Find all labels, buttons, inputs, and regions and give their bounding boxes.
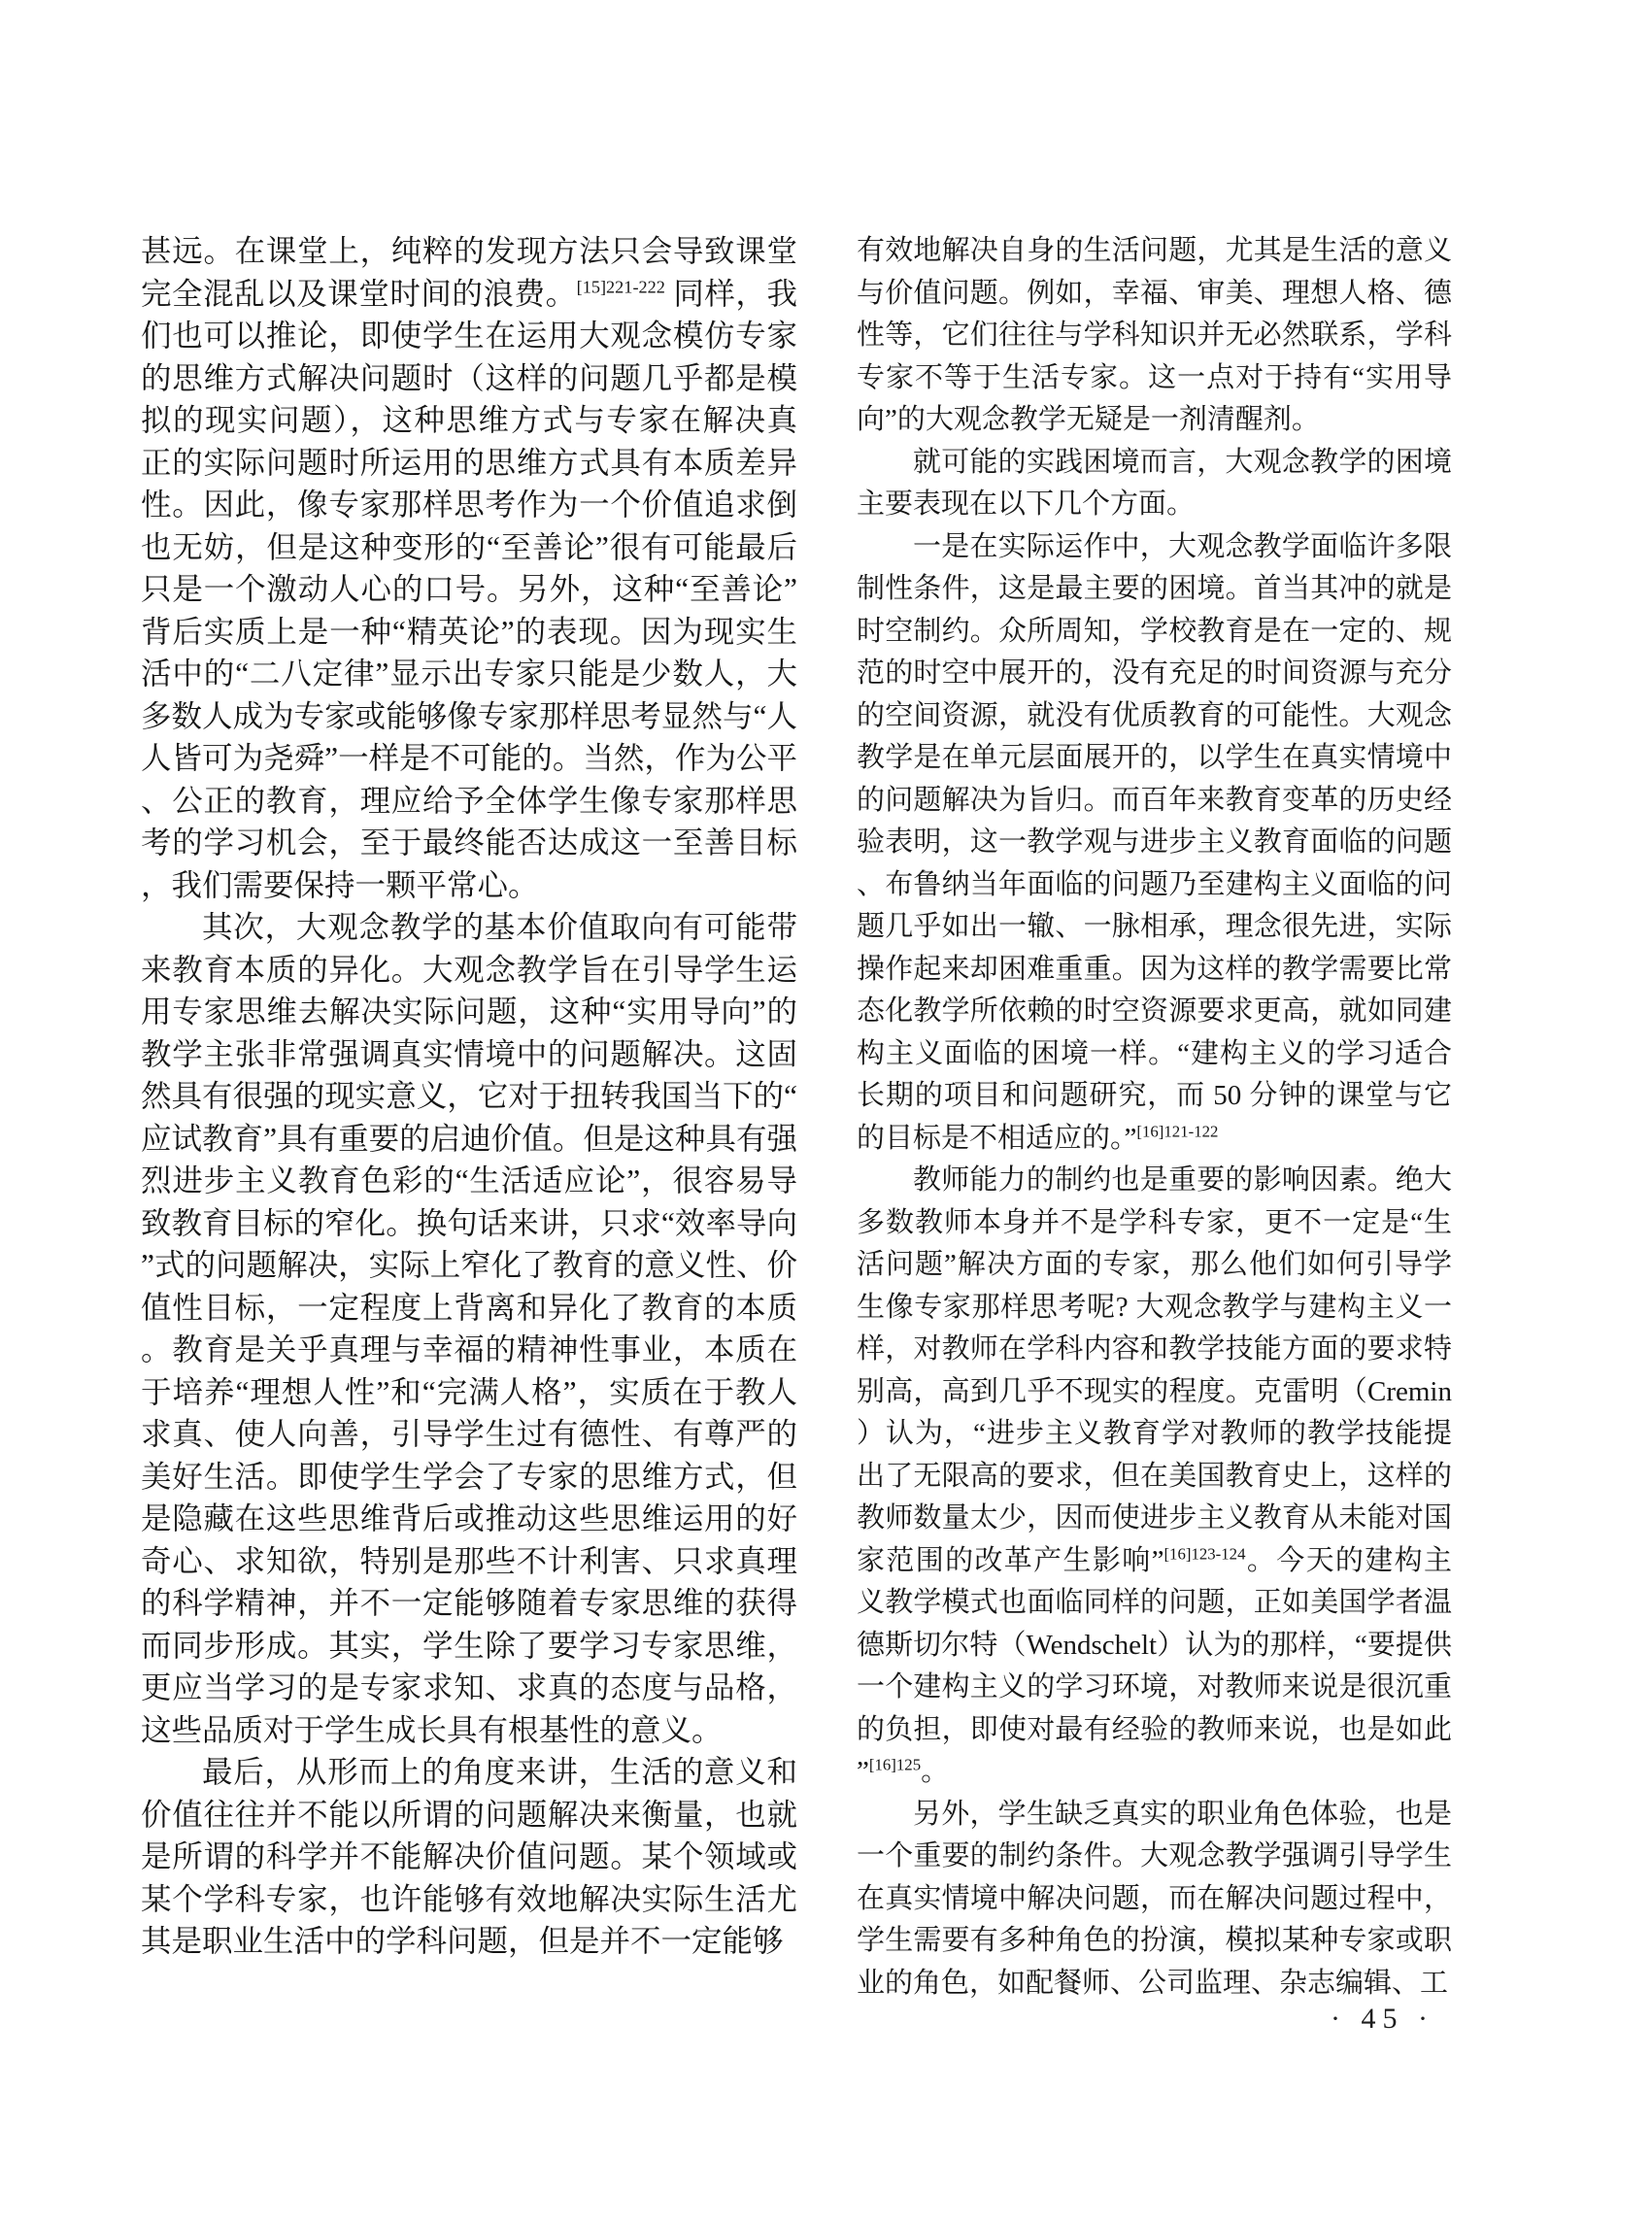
- text-run: 最后，从形而上的角度来讲，生活的意义和价值往往并不能以所谓的问题解决来衡量，也就…: [141, 1755, 797, 1958]
- paragraph: 就可能的实践困境而言，大观念教学的困境主要表现在以下几个方面。: [857, 442, 1452, 526]
- text-run: 一是在实际运作中，大观念教学面临许多限制性条件，这是最主要的困境。首当其冲的就是…: [857, 531, 1452, 1154]
- paragraph: 另外，学生缺乏真实的职业角色体验，也是一个重要的制约条件。大观念教学强调引导学生…: [857, 1794, 1452, 2006]
- text-run: 另外，学生缺乏真实的职业角色体验，也是一个重要的制约条件。大观念教学强调引导学生…: [857, 1799, 1452, 1999]
- paragraph: 甚远。在课堂上，纯粹的发现方法只会导致课堂完全混乱以及课堂时间的浪费。[15]2…: [141, 230, 797, 906]
- citation-superscript: [16]123-124: [1163, 1544, 1245, 1563]
- text-run: 就可能的实践困境而言，大观念教学的困境主要表现在以下几个方面。: [857, 447, 1452, 521]
- citation-superscript: [15]221-222: [577, 277, 665, 296]
- text-run: 同样，我们也可以推论，即使学生在运用大观念模仿专家的思维方式解决问题时（这样的问…: [141, 277, 797, 902]
- left-text-column: 甚远。在课堂上，纯粹的发现方法只会导致课堂完全混乱以及课堂时间的浪费。[15]2…: [141, 230, 797, 1963]
- citation-superscript: [16]125: [869, 1755, 921, 1773]
- right-text-column: 有效地解决自身的生活问题，尤其是生活的意义与价值问题。例如，幸福、审美、理想人格…: [857, 230, 1452, 2005]
- citation-superscript: [16]121-122: [1136, 1122, 1218, 1140]
- paragraph: 其次，大观念教学的基本价值取向有可能带来教育本质的异化。大观念教学旨在引导学生运…: [141, 906, 797, 1751]
- text-run: 教师能力的制约也是重要的影响因素。绝大多数教师本身并不是学科专家，更不一定是“生…: [857, 1164, 1452, 1576]
- paragraph: 有效地解决自身的生活问题，尤其是生活的意义与价值问题。例如，幸福、审美、理想人格…: [857, 230, 1452, 442]
- paragraph: 最后，从形而上的角度来讲，生活的意义和价值往往并不能以所谓的问题解决来衡量，也就…: [141, 1751, 797, 1963]
- page-number: · 45 ·: [1331, 2003, 1434, 2036]
- paragraph: 一是在实际运作中，大观念教学面临许多限制性条件，这是最主要的困境。首当其冲的就是…: [857, 526, 1452, 1161]
- text-run: 。: [921, 1756, 949, 1787]
- text-run: 有效地解决自身的生活问题，尤其是生活的意义与价值问题。例如，幸福、审美、理想人格…: [857, 235, 1452, 435]
- text-run: 其次，大观念教学的基本价值取向有可能带来教育本质的异化。大观念教学旨在引导学生运…: [141, 910, 797, 1747]
- paragraph: 教师能力的制约也是重要的影响因素。绝大多数教师本身并不是学科专家，更不一定是“生…: [857, 1160, 1452, 1794]
- text-run: 。今天的建构主义教学模式也面临同样的问题，正如美国学者温德斯切尔特（Wendsc…: [857, 1545, 1452, 1788]
- journal-page: 甚远。在课堂上，纯粹的发现方法只会导致课堂完全混乱以及课堂时间的浪费。[15]2…: [0, 0, 1652, 2225]
